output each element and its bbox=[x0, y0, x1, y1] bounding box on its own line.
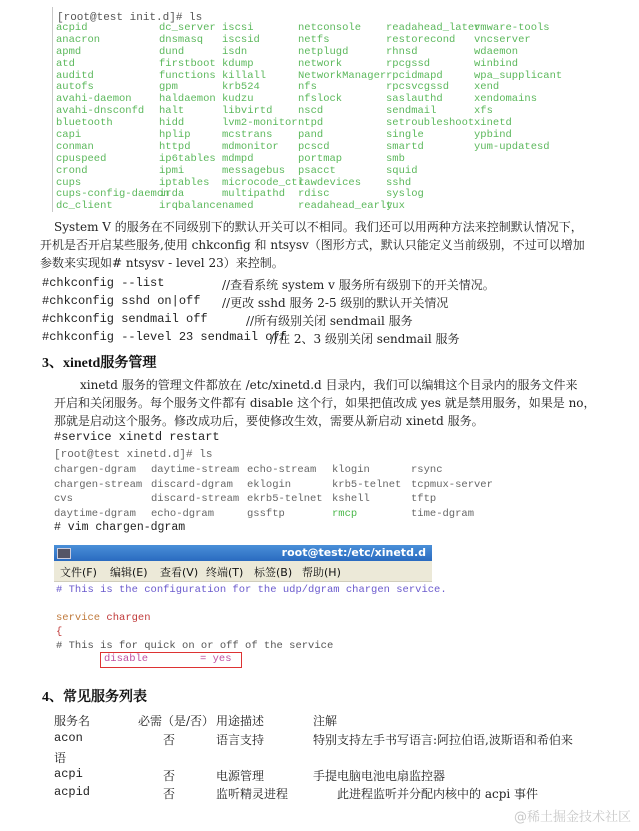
listing-item: rmcp bbox=[332, 507, 401, 522]
window-title: root@test:/etc/xinetd.d bbox=[282, 546, 426, 559]
listing-item: netfs bbox=[298, 35, 393, 47]
listing-item: restorecond bbox=[386, 35, 481, 47]
service-keyword: service bbox=[56, 612, 100, 624]
listing-item: cpuspeed bbox=[56, 154, 169, 166]
disable-key: disable bbox=[104, 653, 148, 665]
terminal-app-icon bbox=[57, 548, 71, 559]
listing-item: smb bbox=[386, 154, 481, 166]
xinetd-paragraph-line-2: 开启和关闭服务。每个服务文件都有 disable 这个行，如果把值改成 yes … bbox=[54, 394, 596, 412]
xinetd-prompt: [root@test xinetd.d]# ls bbox=[54, 448, 212, 463]
listing-item: winbind bbox=[474, 59, 562, 71]
listing-item: readahead_early bbox=[298, 201, 393, 213]
listing-item: kshell bbox=[332, 492, 401, 507]
listing-item: irqbalance bbox=[159, 201, 222, 213]
listing-item: ekrb5-telnet bbox=[247, 492, 323, 507]
row-description: 监听精灵进程 bbox=[216, 785, 288, 802]
listing-item: klogin bbox=[332, 463, 401, 478]
listing-item: ipmi bbox=[159, 166, 222, 178]
listing-item: time-dgram bbox=[411, 507, 493, 522]
quick-toggle-comment: # This is for quick on or off of the ser… bbox=[56, 640, 333, 652]
row-required: 否 bbox=[163, 731, 175, 748]
listing-item: squid bbox=[386, 166, 481, 178]
listing-item: mdmonitor bbox=[222, 142, 304, 154]
row-description: 电源管理 bbox=[216, 767, 264, 784]
listing-item: conman bbox=[56, 142, 169, 154]
chkconfig-comment: //更改 sshd 服务 2-5 级别的默认开关情况 bbox=[222, 294, 448, 311]
chkconfig-comment: //所有级别关闭 sendmail 服务 bbox=[246, 312, 413, 329]
row-required: 否 bbox=[163, 767, 175, 784]
listing-item: portmap bbox=[298, 154, 393, 166]
listing-item: iscsid bbox=[222, 35, 304, 47]
xinetd-column-5: rsync tcpmux-server tftp time-dgram bbox=[411, 463, 493, 521]
listing-item: kdump bbox=[222, 59, 304, 71]
window-titlebar[interactable]: root@test:/etc/xinetd.d bbox=[54, 545, 432, 561]
listing-item: vncserver bbox=[474, 35, 562, 47]
listing-item: anacron bbox=[56, 35, 169, 47]
listing-item: discard-dgram bbox=[151, 478, 239, 493]
listing-item: krb5-telnet bbox=[332, 478, 401, 493]
row-note: 特别支持左手书写语言:阿拉伯语,波斯语和希伯来 bbox=[313, 731, 573, 748]
listing-item: chargen-dgram bbox=[54, 463, 142, 478]
xinetd-column-4: klogin krb5-telnet kshell rmcp bbox=[332, 463, 401, 521]
listing-item: named bbox=[222, 201, 304, 213]
chkconfig-cmd: #chkconfig sendmail off bbox=[42, 312, 208, 326]
vim-window: root@test:/etc/xinetd.d 文件(F) 编辑(E) 查看(V… bbox=[54, 545, 432, 673]
listing-item: smartd bbox=[386, 142, 481, 154]
listing-column-4: netconsole netfs netplugd network Networ… bbox=[298, 23, 393, 213]
vim-cmd: # vim chargen-dgram bbox=[54, 521, 185, 534]
menu-view[interactable]: 查看(V) bbox=[160, 564, 198, 580]
menu-help[interactable]: 帮助(H) bbox=[302, 564, 341, 580]
row-name: acpi bbox=[54, 767, 83, 781]
listing-item: crond bbox=[56, 166, 169, 178]
listing-column-5: readahead_later restorecond rhnsd rpcgss… bbox=[386, 23, 481, 213]
menu-tabs[interactable]: 标签(B) bbox=[254, 564, 292, 580]
listing-item: daytime-dgram bbox=[54, 507, 142, 522]
listing-column-6: vmware-tools vncserver wdaemon winbind w… bbox=[474, 23, 562, 154]
chkconfig-comment: //在 2、3 级别关闭 sendmail 服务 bbox=[270, 330, 460, 347]
sysv-paragraph-line-1: System V 的服务在不同级别下的默认开关可以不相同。我们还可以用两种方法来… bbox=[54, 218, 583, 236]
sysv-paragraph-line-3: 参数来实现如# ntsysv - level 23）来控制。 bbox=[40, 254, 284, 272]
header-description: 用途描述 bbox=[216, 712, 264, 729]
listing-item: isdn bbox=[222, 47, 304, 59]
listing-item: chargen-stream bbox=[54, 478, 142, 493]
row-note: 此进程监听并分配内核中的 acpi 事件 bbox=[337, 785, 538, 802]
chkconfig-cmd: #chkconfig sshd on|off bbox=[42, 294, 200, 308]
listing-item: dnsmasq bbox=[159, 35, 222, 47]
listing-item: discard-stream bbox=[151, 492, 239, 507]
listing-column-1: acpid anacron apmd atd auditd autofs ava… bbox=[56, 23, 169, 213]
xinetd-column-2: daytime-stream discard-dgram discard-str… bbox=[151, 463, 239, 521]
listing-item: rpcgssd bbox=[386, 59, 481, 71]
row-note: 手提电脑电池电扇监控器 bbox=[313, 767, 445, 784]
listing-item: yum-updatesd bbox=[474, 142, 562, 154]
listing-item: apmd bbox=[56, 47, 169, 59]
section-4-heading: 4、常见服务列表 bbox=[42, 686, 147, 706]
listing-item: eklogin bbox=[247, 478, 323, 493]
row-description: 语言支持 bbox=[216, 731, 264, 748]
listing-item: messagebus bbox=[222, 166, 304, 178]
listing-item: echo-stream bbox=[247, 463, 323, 478]
menu-file[interactable]: 文件(F) bbox=[60, 564, 97, 580]
listing-item: dc_client bbox=[56, 201, 169, 213]
xinetd-column-1: chargen-dgram chargen-stream cvs daytime… bbox=[54, 463, 142, 521]
listing-item: mdmpd bbox=[222, 154, 304, 166]
config-comment: # This is the configuration for the udp/… bbox=[56, 584, 447, 596]
menu-edit[interactable]: 编辑(E) bbox=[110, 564, 148, 580]
menu-terminal[interactable]: 终端(T) bbox=[206, 564, 243, 580]
listing-item: httpd bbox=[159, 142, 222, 154]
listing-item: cvs bbox=[54, 492, 142, 507]
menu-bar: 文件(F) 编辑(E) 查看(V) 终端(T) 标签(B) 帮助(H) bbox=[54, 561, 432, 582]
header-service-name: 服务名 bbox=[54, 712, 90, 729]
row-note-wrap: 语 bbox=[54, 749, 66, 766]
listing-item: dund bbox=[159, 47, 222, 59]
header-note: 注解 bbox=[313, 712, 337, 729]
watermark: @稀土掘金技术社区 bbox=[514, 806, 631, 825]
listing-item: netplugd bbox=[298, 47, 393, 59]
section-3-heading: 3、xinetd服务管理 bbox=[42, 352, 156, 372]
service-line: service chargen bbox=[56, 612, 151, 624]
listing-column-3: iscsi iscsid isdn kdump killall krb524 k… bbox=[222, 23, 304, 213]
service-name: chargen bbox=[106, 612, 150, 624]
header-required: 必需（是/否） bbox=[138, 712, 214, 729]
chkconfig-cmd: #chkconfig --list bbox=[42, 276, 164, 290]
row-name: acon bbox=[54, 731, 83, 745]
listing-item: daytime-stream bbox=[151, 463, 239, 478]
listing-item: psacct bbox=[298, 166, 393, 178]
row-required: 否 bbox=[163, 785, 175, 802]
chkconfig-cmd: #chkconfig --level 23 sendmail off bbox=[42, 330, 287, 344]
listing-item: echo-dgram bbox=[151, 507, 239, 522]
listing-item: ip6tables bbox=[159, 154, 222, 166]
listing-item: atd bbox=[56, 59, 169, 71]
open-brace: { bbox=[56, 626, 62, 638]
listing-item: rsync bbox=[411, 463, 493, 478]
listing-item: tcpmux-server bbox=[411, 478, 493, 493]
row-name: acpid bbox=[54, 785, 90, 799]
xinetd-paragraph-line-1: xinetd 服务的管理文件都放在 /etc/xinetd.d 目录内，我们可以… bbox=[80, 376, 578, 394]
xinetd-paragraph-line-3: 那就是启动这个服务。修改成功后，要使修改生效，需要从新启动 xinetd 服务。 bbox=[54, 412, 484, 430]
xinetd-column-3: echo-stream eklogin ekrb5-telnet gssftp bbox=[247, 463, 323, 521]
listing-item: tftp bbox=[411, 492, 493, 507]
sysv-paragraph-line-2: 开机是否开启某些服务,使用 chkconfig 和 ntsysv（图形方式，默认… bbox=[40, 236, 585, 254]
listing-item: gssftp bbox=[247, 507, 323, 522]
listing-item: wdaemon bbox=[474, 47, 562, 59]
listing-item: pcscd bbox=[298, 142, 393, 154]
listing-column-2: dc_server dnsmasq dund firstboot functio… bbox=[159, 23, 222, 213]
listing-item: network bbox=[298, 59, 393, 71]
service-restart-cmd: #service xinetd restart bbox=[54, 430, 220, 444]
chkconfig-comment: //查看系统 system v 服务所有级别下的开关情况。 bbox=[222, 276, 495, 293]
listing-item: tux bbox=[386, 201, 481, 213]
listing-item: rhnsd bbox=[386, 47, 481, 59]
listing-item: firstboot bbox=[159, 59, 222, 71]
disable-value: = yes bbox=[200, 653, 232, 665]
